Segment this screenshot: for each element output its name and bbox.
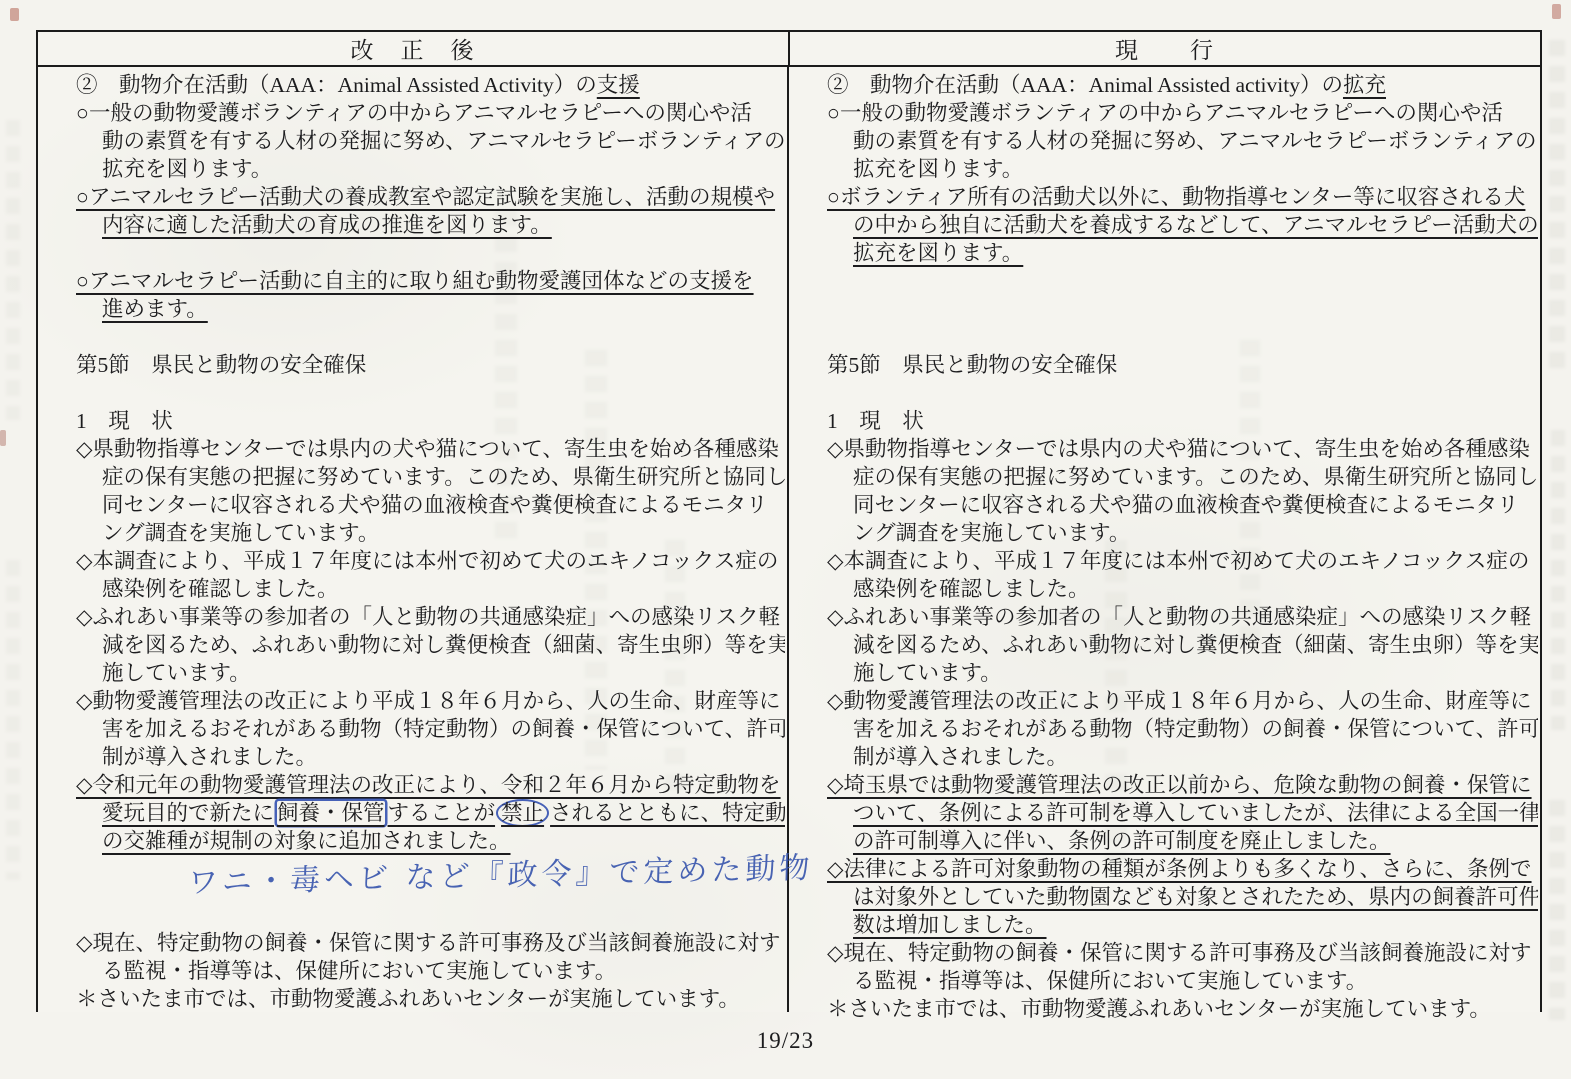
paragraph: ◇動物愛護管理法の改正により平成１８年６月から、人の生命、財産等に 害を加えるお…: [827, 687, 1538, 771]
paragraph: ◇ふれあい事業等の参加者の「人と動物の共通感染症」への感染リスク軽 減を図るため…: [76, 603, 785, 687]
comparison-table: 改 正 後 現 行 ② 動物介在活動（AAA：Animal Assisted A…: [36, 30, 1542, 1012]
ink-circled-text: 禁止: [496, 799, 549, 827]
paragraph: ◇動物愛護管理法の改正により平成１８年６月から、人の生命、財産等に 害を加えるお…: [76, 687, 785, 771]
paragraph: ○一般の動物愛護ボランティアの中からアニマルセラピーへの関心や活 動の素質を有す…: [827, 99, 1538, 183]
scan-speck: [10, 8, 19, 21]
header-after-revision: 改 正 後: [38, 32, 790, 65]
column-current: ② 動物介在活動（AAA：Animal Assisted activity）の拡…: [789, 67, 1540, 1012]
spacer: [827, 379, 1538, 407]
text-segment: することが: [388, 801, 496, 825]
paragraph: ◇法律による許可対象動物の種類が条例よりも多くなり、さらに、条例で は対象外とし…: [827, 855, 1538, 939]
paragraph: ○ボランティア所有の活動犬以外に、動物指導センター等に収容される犬 の中から独自…: [827, 183, 1538, 267]
scan-speck: [0, 430, 6, 446]
bleed-through-artifact: [1551, 430, 1565, 730]
paragraph: ◇埼玉県では動物愛護管理法の改正以前から、危険な動物の飼養・保管に ついて、条例…: [827, 771, 1538, 855]
section-heading: 第5節 県民と動物の安全確保: [827, 351, 1538, 379]
subsection-heading: 1 現 状: [827, 407, 1538, 435]
table-body-row: ② 動物介在活動（AAA：Animal Assisted Activity）の支…: [38, 67, 1540, 1012]
table-header-row: 改 正 後 現 行: [38, 32, 1540, 67]
spacer: [76, 239, 785, 267]
spacer: [76, 323, 785, 351]
paragraph: ＊さいたま市では、市動物愛護ふれあいセンターが実施しています。: [827, 995, 1538, 1023]
paragraph: ◇ふれあい事業等の参加者の「人と動物の共通感染症」への感染リスク軽 減を図るため…: [827, 603, 1538, 687]
paragraph: ◇現在、特定動物の飼養・保管に関する許可事務及び当該飼養施設に対す る監視・指導…: [827, 939, 1538, 995]
paragraph: ◇本調査により、平成１７年度には本州で初めて犬のエキノコックス症の 感染例を確認…: [76, 547, 785, 603]
bleed-through-artifact: [6, 120, 20, 420]
paragraph: ◇県動物指導センターでは県内の犬や猫について、寄生虫を始め各種感染 症の保有実態…: [76, 435, 785, 547]
header-current: 現 行: [790, 32, 1540, 65]
underlined-text: 拡充: [1343, 73, 1386, 97]
subsection-heading: 1 現 状: [76, 407, 785, 435]
scan-speck: [1552, 4, 1561, 19]
heading-aaa: ② 動物介在活動（AAA：Animal Assisted activity）の拡…: [827, 71, 1538, 99]
ink-boxed-text: 飼養・保管: [277, 801, 385, 825]
page-number: 19/23: [0, 1028, 1571, 1054]
paragraph: ○アニマルセラピー活動犬の養成教室や認定試験を実施し、活動の規模や 内容に適した…: [76, 183, 785, 239]
spacer: [76, 379, 785, 407]
text-segment: ② 動物介在活動（AAA：Animal Assisted Activity）の: [76, 73, 597, 97]
paragraph: ＊さいたま市では、市動物愛護ふれあいセンターが実施しています。: [76, 985, 785, 1013]
column-after-revision: ② 動物介在活動（AAA：Animal Assisted Activity）の支…: [38, 67, 789, 1012]
underlined-text: 支援: [597, 73, 640, 97]
paragraph: ◇本調査により、平成１７年度には本州で初めて犬のエキノコックス症の 感染例を確認…: [827, 547, 1538, 603]
paragraph: ◇現在、特定動物の飼養・保管に関する許可事務及び当該飼養施設に対す る監視・指導…: [76, 929, 785, 985]
heading-aaa: ② 動物介在活動（AAA：Animal Assisted Activity）の支…: [76, 71, 785, 99]
revised-tokutei-paragraph: ◇令和元年の動物愛護管理法の改正により、令和２年６月から特定動物を 愛玩目的で新…: [76, 771, 785, 855]
spacer: [827, 267, 1538, 351]
text-segment: ② 動物介在活動（AAA：Animal Assisted activity）の: [827, 73, 1343, 97]
paragraph: ○一般の動物愛護ボランティアの中からアニマルセラピーへの関心や活 動の素質を有す…: [76, 99, 785, 183]
scanned-document-page: { "page": { "footer_page_number": "19/23…: [0, 0, 1571, 1079]
paragraph: ○アニマルセラピー活動に自主的に取り組む動物愛護団体などの支援を 進めます。: [76, 267, 785, 323]
bleed-through-artifact: [6, 560, 20, 880]
section-heading: 第5節 県民と動物の安全確保: [76, 351, 785, 379]
bleed-through-artifact: [1549, 40, 1565, 370]
paragraph: ◇県動物指導センターでは県内の犬や猫について、寄生虫を始め各種感染 症の保有実態…: [827, 435, 1538, 547]
bleed-through-artifact: [1549, 800, 1565, 1020]
